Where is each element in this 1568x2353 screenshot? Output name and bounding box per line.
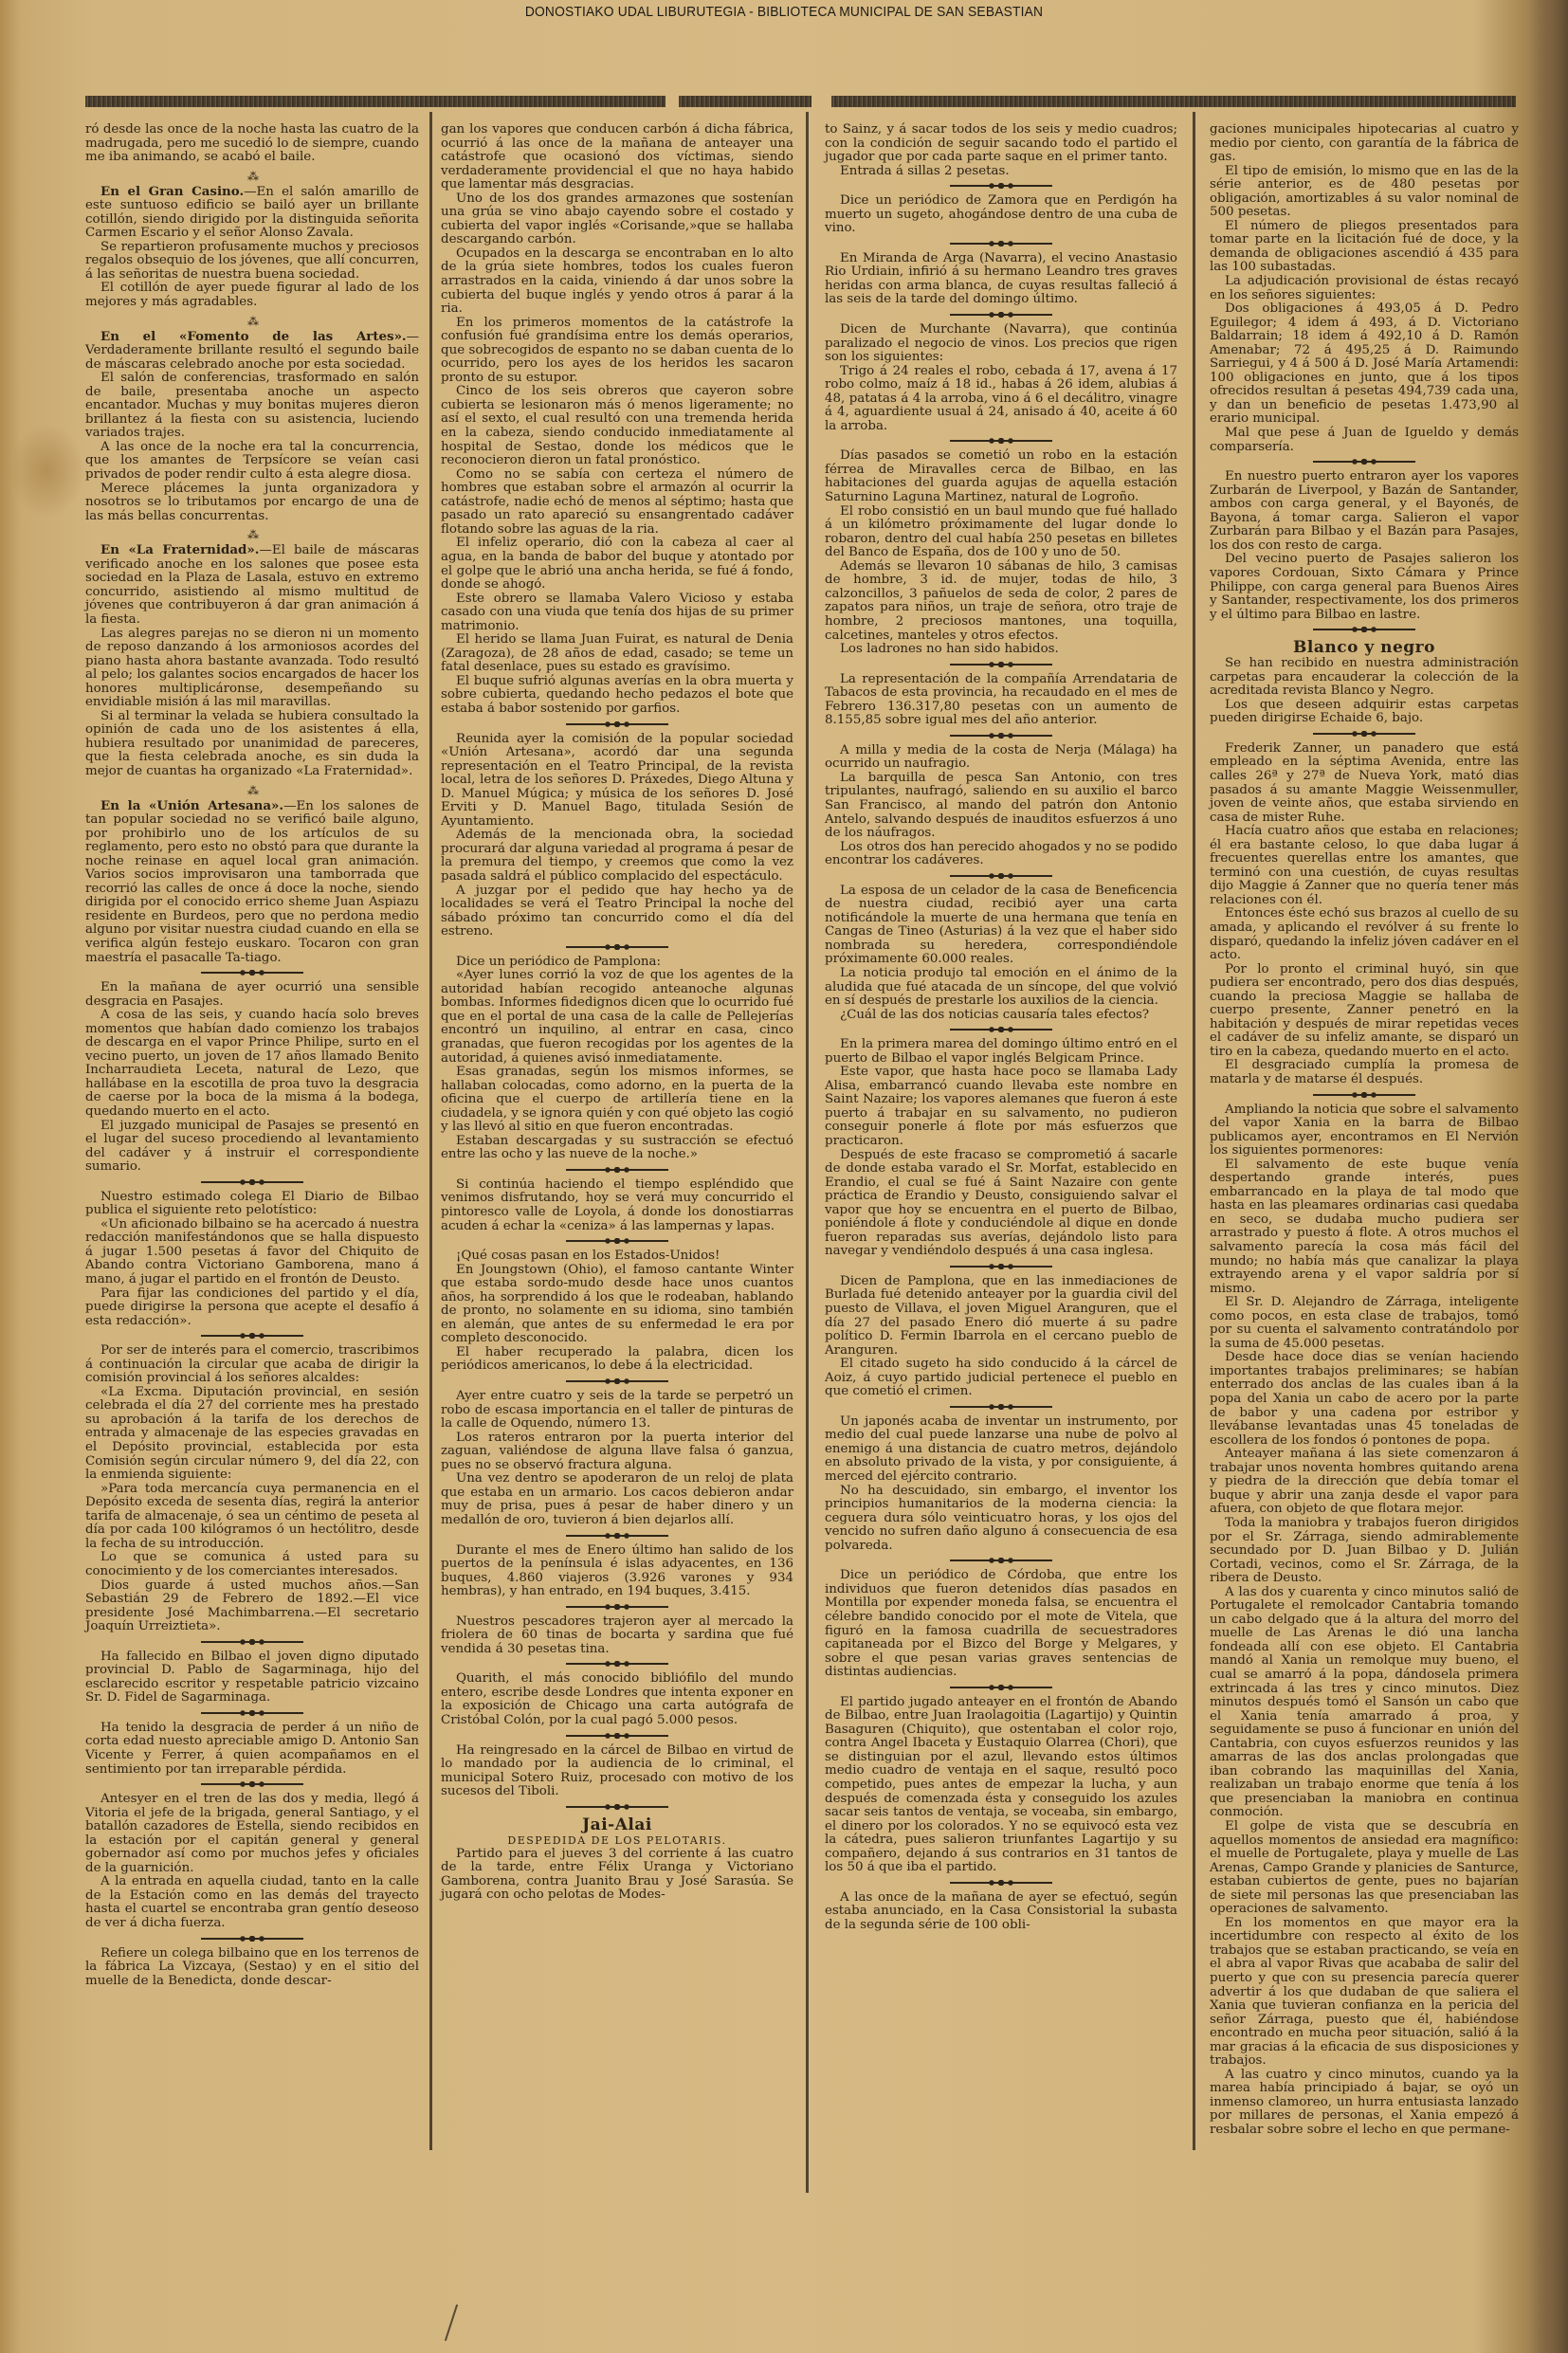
article-text: Para fijar las condiciones del partido y… xyxy=(85,1286,419,1328)
article-text: Este vapor, que hasta hace poco se llama… xyxy=(825,1065,1177,1148)
article-text: gan los vapores que conducen carbón á di… xyxy=(441,122,793,192)
article-paragraph: Hacía cuatro años que estaba en relacion… xyxy=(1210,825,1519,907)
ornament-divider xyxy=(950,662,1052,667)
article-text: Se han recibido en nuestra administració… xyxy=(1210,656,1519,698)
ornament-divider xyxy=(950,733,1052,739)
article-paragraph: En nuestro puerto entraron ayer los vapo… xyxy=(1210,470,1519,553)
article-paragraph: Si continúa haciendo el tiempo espléndid… xyxy=(441,1178,793,1233)
article-text: Dos obligaciones á 493,05 á D. Pedro Egu… xyxy=(1210,301,1519,426)
asterism-divider: ⁂ xyxy=(85,530,419,539)
article-paragraph: El juzgado municipal de Pasajes se prese… xyxy=(85,1120,419,1175)
article-paragraph: En el Gran Casino.—En el salón amarillo … xyxy=(85,185,419,241)
article-text: Cinco de los seis obreros que cayeron so… xyxy=(441,384,793,467)
article-text: En la mañana de ayer ocurrió una sensibl… xyxy=(85,980,419,1009)
article-paragraph: La barquilla de pesca San Antonio, con t… xyxy=(825,772,1177,841)
article-text: Este obrero se llamaba Valero Vicioso y … xyxy=(441,592,793,633)
article-paragraph: Los rateros entraron por la puerta inter… xyxy=(441,1432,793,1473)
article-paragraph: El robo consistió en un baul mundo que f… xyxy=(825,505,1177,560)
article-paragraph: El número de pliegos presentados para to… xyxy=(1210,220,1519,275)
article-text: Del vecino puerto de Pasajes salieron lo… xyxy=(1210,552,1519,621)
article-paragraph: to Sainz, y á sacar todos de los seis y … xyxy=(825,123,1177,165)
article-paragraph: El buque sufrió algunas averías en la ob… xyxy=(441,675,793,717)
article-text: «Ayer lunes corrió la voz de que los age… xyxy=(441,968,793,1065)
article-text: Los otros dos han perecido ahogados y no… xyxy=(825,840,1177,868)
article-text: A las cuatro y cinco minutos, cuando ya … xyxy=(1210,2068,1519,2137)
article-text: Después de este fracaso se comprometió á… xyxy=(825,1148,1177,1259)
article-paragraph: Toda la maniobra y trabajos fueron dirig… xyxy=(1210,1517,1519,1586)
article-paragraph: El infeliz operario, dió con la cabeza a… xyxy=(441,537,793,592)
article-text: Nuestros pescadores trajeron ayer al mer… xyxy=(441,1614,793,1656)
article-paragraph: Estaban descargadas y su sustracción se … xyxy=(441,1135,793,1162)
article-paragraph: Desde hace doce dias se venían haciendo … xyxy=(1210,1351,1519,1448)
article-paragraph: Mal que pese á Juan de Igueldo y demás c… xyxy=(1210,427,1519,454)
ornament-divider xyxy=(566,1604,668,1610)
article-paragraph: Uno de los dos grandes armazones que sos… xyxy=(441,192,793,247)
article-paragraph: gaciones municipales hipotecarias al cua… xyxy=(1210,123,1519,165)
article-text: Además de la mencionada obra, la socieda… xyxy=(441,828,793,884)
top-rule xyxy=(85,96,665,107)
article-paragraph: «La Excma. Diputación provincial, en ses… xyxy=(85,1386,419,1483)
ornament-divider xyxy=(566,1533,668,1539)
library-header: DONOSTIAKO UDAL LIBURUTEGIA - BIBLIOTECA… xyxy=(63,4,1505,20)
article-text: La adjudicación provisional de éstas rec… xyxy=(1210,274,1519,302)
article-text: Uno de los dos grandes armazones que sos… xyxy=(441,192,793,247)
article-paragraph: Durante el mes de Enero último han salid… xyxy=(441,1544,793,1599)
article-text: Dios guarde á usted muchos años.—San Seb… xyxy=(85,1578,419,1634)
article-paragraph: Después de este fracaso se comprometió á… xyxy=(825,1149,1177,1259)
article-paragraph: La esposa de un celador de la casa de Be… xyxy=(825,885,1177,967)
ornament-divider xyxy=(1313,459,1415,465)
article-text: Como no se sabía con certeza el número d… xyxy=(441,467,793,537)
ornament-divider xyxy=(950,312,1052,318)
article-paragraph: En la mañana de ayer ocurrió una sensibl… xyxy=(85,981,419,1009)
article-paragraph: Los ladrones no han sido habidos. xyxy=(825,643,1177,657)
article-paragraph: A milla y media de la costa de Nerja (Má… xyxy=(825,744,1177,772)
article-paragraph: El golpe de vista que se descubría en aq… xyxy=(1210,1820,1519,1917)
article-text: Hacía cuatro años que estaba en relacion… xyxy=(1210,824,1519,907)
article-text: La noticia produjo tal emoción en el áni… xyxy=(825,966,1177,1008)
article-text: El infeliz operario, dió con la cabeza a… xyxy=(441,536,793,592)
article-paragraph: Dios guarde á usted muchos años.—San Seb… xyxy=(85,1579,419,1634)
article-text: Quarith, el más conocido bibliófilo del … xyxy=(441,1671,793,1727)
ornament-divider xyxy=(201,1936,303,1942)
article-text: En Miranda de Arga (Navarra), el vecino … xyxy=(825,251,1177,307)
article-paragraph: Ampliando la noticia que sobre el salvam… xyxy=(1210,1104,1519,1158)
ornament-divider xyxy=(950,1264,1052,1269)
article-paragraph: El herido se llama Juan Fuirat, es natur… xyxy=(441,633,793,675)
article-paragraph: El cotillón de ayer puede figurar al lad… xyxy=(85,282,419,309)
article-paragraph: Dicen de Pamplona, que en las inmediacio… xyxy=(825,1275,1177,1358)
article-paragraph: Ha reingresado en la cárcel de Bilbao en… xyxy=(441,1744,793,1799)
article-paragraph: La representación de la compañía Arrenda… xyxy=(825,673,1177,728)
article-paragraph: Por lo pronto el criminal huyó, sin que … xyxy=(1210,963,1519,1060)
article-paragraph: Esas granadas, según los mismos informes… xyxy=(441,1066,793,1135)
article-lead: En la «Unión Artesana». xyxy=(100,798,283,813)
article-text: Esas granadas, según los mismos informes… xyxy=(441,1065,793,1134)
article-text: A cosa de las seis, y cuando hacía solo … xyxy=(85,1008,419,1119)
column-divider xyxy=(806,112,809,2193)
article-text: En Joungstown (Ohio), el famoso cantante… xyxy=(441,1263,793,1346)
article-text: Ampliando la noticia que sobre el salvam… xyxy=(1210,1103,1519,1158)
article-text: Ha tenido la desgracia de perder á un ni… xyxy=(85,1721,419,1777)
article-paragraph: Si al terminar la velada se hubiera cons… xyxy=(85,710,419,779)
article-lead: En «La Fraternidad». xyxy=(100,542,259,557)
ornament-divider xyxy=(201,1179,303,1185)
article-paragraph: Se han recibido en nuestra administració… xyxy=(1210,657,1519,699)
article-paragraph: Reunida ayer la comisión de la popular s… xyxy=(441,733,793,830)
article-text: El partido jugado anteayer en el frontón… xyxy=(825,1695,1177,1875)
article-paragraph: Merece plácemes la junta organizadora y … xyxy=(85,483,419,524)
article-paragraph: En la «Unión Artesana».—En los salones d… xyxy=(85,799,419,966)
article-text: A la entrada en aquella ciudad, tanto en… xyxy=(85,1874,419,1930)
ornament-divider xyxy=(201,1781,303,1787)
article-paragraph: En Miranda de Arga (Navarra), el vecino … xyxy=(825,252,1177,307)
article-paragraph: Ha fallecido en Bilbao el joven digno di… xyxy=(85,1651,419,1705)
article-text: Los ladrones no han sido habidos. xyxy=(840,642,1059,656)
article-text: Durante el mes de Enero último han salid… xyxy=(441,1543,793,1599)
article-text: La representación de la compañía Arrenda… xyxy=(825,672,1177,728)
article-paragraph: Antesyer en el tren de las dos y media, … xyxy=(85,1793,419,1875)
article-text: to Sainz, y á sacar todos de los seis y … xyxy=(825,122,1177,164)
ornament-divider xyxy=(201,1639,303,1645)
article-paragraph: Del vecino puerto de Pasajes salieron lo… xyxy=(1210,553,1519,622)
article-paragraph: Días pasados se cometió un robo en la es… xyxy=(825,449,1177,504)
article-text: El salvamento de este buque venía desper… xyxy=(1210,1158,1519,1296)
column-1: ró desde las once de la noche hasta las … xyxy=(85,123,419,1988)
article-paragraph: Este obrero se llamaba Valero Vicioso y … xyxy=(441,593,793,634)
ornament-divider xyxy=(950,183,1052,189)
article-text: Frederik Zanner, un panadero que está em… xyxy=(1210,741,1519,825)
article-text: El tipo de emisión, lo mismo que en las … xyxy=(1210,164,1519,220)
article-text: El juzgado municipal de Pasajes se prese… xyxy=(85,1119,419,1175)
article-paragraph: A las cuatro y cinco minutos, cuando ya … xyxy=(1210,2069,1519,2138)
asterism-divider: ⁂ xyxy=(85,317,419,326)
article-text: No ha descuidado, sin embargo, el invent… xyxy=(825,1484,1177,1553)
article-paragraph: La noticia produjo tal emoción en el áni… xyxy=(825,967,1177,1009)
column-3: to Sainz, y á sacar todos de los seis y … xyxy=(825,123,1177,1932)
article-text: La barquilla de pesca San Antonio, con t… xyxy=(825,771,1177,840)
article-paragraph: El haber recuperado la palabra, dicen lo… xyxy=(441,1346,793,1374)
article-text: Si continúa haciendo el tiempo espléndid… xyxy=(441,1177,793,1233)
article-paragraph: Los otros dos han perecido ahogados y no… xyxy=(825,841,1177,868)
article-text: ró desde las once de la noche hasta las … xyxy=(85,122,419,164)
article-text: El herido se llama Juan Fuirat, es natur… xyxy=(441,632,793,674)
article-paragraph: Partido para el jueves 3 del corriente á… xyxy=(441,1848,793,1903)
article-paragraph: Nuestro estimado colega El Diario de Bil… xyxy=(85,1191,419,1218)
article-text: Ha fallecido en Bilbao el joven digno di… xyxy=(85,1650,419,1705)
article-paragraph: «Un aficionado bilbaino se ha acercado á… xyxy=(85,1218,419,1287)
ornament-divider xyxy=(950,873,1052,879)
ornament-divider xyxy=(566,944,668,950)
page-binding-edge xyxy=(1530,0,1568,2353)
pencil-mark xyxy=(445,2305,458,2342)
article-paragraph: Se repartieron profusamente muchos y pre… xyxy=(85,241,419,283)
article-text: El número de pliegos presentados para to… xyxy=(1210,219,1519,275)
article-paragraph: Una vez dentro se apoderaron de un reloj… xyxy=(441,1472,793,1527)
asterism-divider: ⁂ xyxy=(85,786,419,795)
article-text: Por lo pronto el criminal huyó, sin que … xyxy=(1210,962,1519,1059)
article-paragraph: No ha descuidado, sin embargo, el invent… xyxy=(825,1485,1177,1554)
article-text: Una vez dentro se apoderaron de un reloj… xyxy=(441,1471,793,1527)
article-paragraph: Ha tenido la desgracia de perder á un ni… xyxy=(85,1722,419,1777)
article-lead: En el «Fomento de las Artes». xyxy=(100,329,407,344)
article-text: En la primera marea del domingo último e… xyxy=(825,1037,1177,1066)
article-text: ¿Cuál de las dos noticias causaría tales… xyxy=(840,1008,1149,1022)
article-text: Entonces éste echó sus brazos al cuello … xyxy=(1210,906,1519,962)
ornament-divider xyxy=(950,1558,1052,1563)
article-text: Refiere un colega bilbaino que en los te… xyxy=(85,1946,419,1988)
article-text: El desgraciado cumplía la promesa de mat… xyxy=(1210,1058,1519,1086)
article-text: En los momentos en que mayor era la ince… xyxy=(1210,1916,1519,2068)
article-text: Un japonés acaba de inventar un instrume… xyxy=(825,1414,1177,1484)
article-paragraph: La adjudicación provisional de éstas rec… xyxy=(1210,275,1519,302)
article-text: Estaban descargadas y su sustracción se … xyxy=(441,1134,793,1162)
top-rule xyxy=(679,96,811,107)
article-text: Entrada á sillas 2 pesetas. xyxy=(840,164,1010,178)
article-text: Las alegres parejas no se dieron ni un m… xyxy=(85,627,419,710)
top-rule xyxy=(831,96,1516,107)
ornament-divider xyxy=(201,1333,303,1339)
column-divider xyxy=(429,112,432,2150)
article-paragraph: Refiere un colega bilbaino que en los te… xyxy=(85,1947,419,1989)
article-text: Ocupados en la descarga se encontraban e… xyxy=(441,246,793,316)
article-paragraph: El tipo de emisión, lo mismo que en las … xyxy=(1210,165,1519,220)
ornament-divider xyxy=(950,1685,1052,1690)
article-paragraph: El Sr. D. Alejandro de Zárraga, intelige… xyxy=(1210,1296,1519,1351)
article-paragraph: Los que deseen adquirir estas carpetas p… xyxy=(1210,699,1519,726)
article-paragraph: Entrada á sillas 2 pesetas. xyxy=(825,165,1177,179)
article-paragraph: En la primera marea del domingo último e… xyxy=(825,1038,1177,1066)
article-text: Dicen de Pamplona, que en las inmediacio… xyxy=(825,1274,1177,1358)
article-text: Dice un periódico de Pamplona: xyxy=(456,955,661,969)
article-paragraph: »Para toda mercancía cuya permanencia en… xyxy=(85,1483,419,1552)
article-text: «La Excma. Diputación provincial, en ses… xyxy=(85,1385,419,1482)
article-text: Mal que pese á Juan de Igueldo y demás c… xyxy=(1210,426,1519,454)
article-text: El citado sugeto ha sido conducido á la … xyxy=(825,1357,1177,1398)
article-text: Si al terminar la velada se hubiera cons… xyxy=(85,709,419,778)
article-paragraph: En Joungstown (Ohio), el famoso cantante… xyxy=(441,1264,793,1346)
article-paragraph: Dice un periódico de Pamplona: xyxy=(441,956,793,970)
article-paragraph: El salón de conferencias, trasformado en… xyxy=(85,372,419,441)
article-text: El cotillón de ayer puede figurar al lad… xyxy=(85,281,419,309)
article-paragraph: El partido jugado anteayer en el frontón… xyxy=(825,1696,1177,1875)
ornament-divider xyxy=(201,970,303,976)
asterism-divider: ⁂ xyxy=(85,172,419,181)
article-text: Ha reingresado en la cárcel de Bilbao en… xyxy=(441,1743,793,1799)
article-text: Lo que se comunica á usted para su conoc… xyxy=(85,1550,419,1578)
article-text: gaciones municipales hipotecarias al cua… xyxy=(1210,122,1519,164)
article-paragraph: Las alegres parejas no se dieron ni un m… xyxy=(85,628,419,710)
ornament-divider xyxy=(1313,731,1415,737)
ornament-divider xyxy=(566,1378,668,1384)
article-paragraph: Anteayer mañana á las siete comenzaron á… xyxy=(1210,1448,1519,1517)
ornament-divider xyxy=(950,1880,1052,1886)
ornament-divider xyxy=(950,241,1052,246)
article-text: Ayer entre cuatro y seis de la tarde se … xyxy=(441,1389,793,1431)
article-text: Reunida ayer la comisión de la popular s… xyxy=(441,732,793,829)
article-text: Partido para el jueves 3 del corriente á… xyxy=(441,1847,793,1903)
article-paragraph: Además se llevaron 10 sábanas de hilo, 3… xyxy=(825,560,1177,643)
section-subtitle: DESPEDIDA DE LOS PELOTARIS. xyxy=(441,1834,793,1848)
article-text: A las once de la mañana de ayer se efect… xyxy=(825,1890,1177,1932)
article-text: Además se llevaron 10 sábanas de hilo, 3… xyxy=(825,559,1177,643)
article-paragraph: A las once de la noche era tal la concur… xyxy=(85,441,419,483)
article-paragraph: Un japonés acaba de inventar un instrume… xyxy=(825,1415,1177,1485)
article-text: Se repartieron profusamente muchos y pre… xyxy=(85,240,419,282)
article-paragraph: Dice un periódico de Zamora que en Perdi… xyxy=(825,194,1177,236)
ornament-divider xyxy=(566,1167,668,1173)
article-text: Dice un periódico de Córdoba, que entre … xyxy=(825,1568,1177,1679)
article-paragraph: A las once de la mañana de ayer se efect… xyxy=(825,1891,1177,1933)
article-lead: En el Gran Casino. xyxy=(100,184,244,199)
article-text: Los rateros entraron por la puerta inter… xyxy=(441,1431,793,1472)
ornament-divider xyxy=(201,1710,303,1716)
page-edge-stain xyxy=(0,0,21,2353)
article-text: Anteayer mañana á las siete comenzaron á… xyxy=(1210,1447,1519,1516)
article-paragraph: gan los vapores que conducen carbón á di… xyxy=(441,123,793,192)
article-text: El salón de conferencias, trasformado en… xyxy=(85,371,419,440)
article-text: El haber recuperado la palabra, dicen lo… xyxy=(441,1345,793,1374)
article-text: Días pasados se cometió un robo en la es… xyxy=(825,448,1177,504)
ornament-divider xyxy=(1313,627,1415,632)
article-paragraph: Por ser de interés para el comercio, tra… xyxy=(85,1344,419,1386)
article-paragraph: Como no se sabía con certeza el número d… xyxy=(441,468,793,538)
article-text: A las dos y cuarenta y cinco minutos sal… xyxy=(1210,1585,1519,1820)
column-4: gaciones municipales hipotecarias al cua… xyxy=(1210,123,1519,2138)
article-text: La esposa de un celador de la casa de Be… xyxy=(825,884,1177,967)
article-text: Merece plácemes la junta organizadora y … xyxy=(85,482,419,523)
article-paragraph: Dice un periódico de Córdoba, que entre … xyxy=(825,1569,1177,1679)
section-title: Jai-Alai xyxy=(441,1815,793,1834)
article-text: Por ser de interés para el comercio, tra… xyxy=(85,1343,419,1385)
article-paragraph: El salvamento de este buque venía desper… xyxy=(1210,1158,1519,1296)
article-text: Toda la maniobra y trabajos fueron dirig… xyxy=(1210,1516,1519,1585)
article-text: —En los salones de tan popular sociedad … xyxy=(85,799,419,965)
article-paragraph: Ayer entre cuatro y seis de la tarde se … xyxy=(441,1390,793,1432)
article-paragraph: A la entrada en aquella ciudad, tanto en… xyxy=(85,1875,419,1930)
article-text: «Un aficionado bilbaino se ha acercado á… xyxy=(85,1217,419,1286)
article-paragraph: En el «Fomento de las Artes».—Verdaderam… xyxy=(85,330,419,373)
article-paragraph: Para fijar las condiciones del partido y… xyxy=(85,1287,419,1329)
ornament-divider xyxy=(950,438,1052,444)
article-paragraph: ¿Cuál de las dos noticias causaría tales… xyxy=(825,1009,1177,1023)
article-paragraph: Cinco de los seis obreros que cayeron so… xyxy=(441,385,793,467)
article-text: Dicen de Murchante (Navarra), que contin… xyxy=(825,322,1177,364)
article-paragraph: A cosa de las seis, y cuando hacía solo … xyxy=(85,1009,419,1119)
article-paragraph: Lo que se comunica á usted para su conoc… xyxy=(85,1551,419,1578)
ornament-divider xyxy=(566,721,668,727)
article-text: Nuestro estimado colega El Diario de Bil… xyxy=(85,1190,419,1218)
article-text: En nuestro puerto entraron ayer los vapo… xyxy=(1210,469,1519,553)
article-paragraph: El citado sugeto ha sido conducido á la … xyxy=(825,1358,1177,1399)
article-text: El golpe de vista que se descubría en aq… xyxy=(1210,1819,1519,1916)
article-paragraph: Además de la mencionada obra, la socieda… xyxy=(441,829,793,884)
ornament-divider xyxy=(950,1027,1052,1032)
article-text: Desde hace doce dias se venían haciendo … xyxy=(1210,1350,1519,1447)
article-paragraph: Nuestros pescadores trajeron ayer al mer… xyxy=(441,1615,793,1657)
article-paragraph: En los momentos en que mayor era la ince… xyxy=(1210,1917,1519,2069)
article-paragraph: Este vapor, que hasta hace poco se llama… xyxy=(825,1066,1177,1148)
article-paragraph: Trigo á 24 reales el robo, cebada á 17, … xyxy=(825,365,1177,434)
article-text: Trigo á 24 reales el robo, cebada á 17, … xyxy=(825,364,1177,433)
article-paragraph: Dos obligaciones á 493,05 á D. Pedro Egu… xyxy=(1210,302,1519,427)
article-text: En los primeros momentos de la catástrof… xyxy=(441,316,793,385)
article-paragraph: Frederik Zanner, un panadero que está em… xyxy=(1210,742,1519,825)
article-text: Antesyer en el tren de las dos y media, … xyxy=(85,1792,419,1875)
ornament-divider xyxy=(566,1661,668,1667)
article-paragraph: «Ayer lunes corrió la voz de que los age… xyxy=(441,969,793,1066)
article-paragraph: A las dos y cuarenta y cinco minutos sal… xyxy=(1210,1586,1519,1820)
article-text: »Para toda mercancía cuya permanencia en… xyxy=(85,1482,419,1551)
article-paragraph: Dicen de Murchante (Navarra), que contin… xyxy=(825,323,1177,365)
column-divider xyxy=(1193,112,1195,2150)
article-paragraph: A juzgar por el pedido que hay hecho ya … xyxy=(441,885,793,939)
article-text: A las once de la noche era tal la concur… xyxy=(85,440,419,482)
article-text: El buque sufrió algunas averías en la ob… xyxy=(441,674,793,716)
ornament-divider xyxy=(566,1804,668,1810)
article-paragraph: El desgraciado cumplía la promesa de mat… xyxy=(1210,1059,1519,1086)
ornament-divider xyxy=(1313,1092,1415,1098)
article-paragraph: ¡Qué cosas pasan en los Estados-Unidos! xyxy=(441,1249,793,1264)
article-text: El Sr. D. Alejandro de Zárraga, intelige… xyxy=(1210,1295,1519,1351)
article-paragraph: Entonces éste echó sus brazos al cuello … xyxy=(1210,907,1519,962)
article-text: El robo consistió en un baul mundo que f… xyxy=(825,504,1177,560)
column-2: gan los vapores que conducen carbón á di… xyxy=(441,123,793,1903)
article-text: Dice un periódico de Zamora que en Perdi… xyxy=(825,193,1177,235)
article-paragraph: En «La Fraternidad».—El baile de máscara… xyxy=(85,543,419,627)
article-text: Los que deseen adquirir estas carpetas p… xyxy=(1210,698,1519,726)
article-paragraph: En los primeros momentos de la catástrof… xyxy=(441,317,793,386)
article-paragraph: Quarith, el más conocido bibliófilo del … xyxy=(441,1672,793,1727)
ornament-divider xyxy=(566,1733,668,1739)
article-paragraph: ró desde las once de la noche hasta las … xyxy=(85,123,419,165)
article-text: A juzgar por el pedido que hay hecho ya … xyxy=(441,884,793,939)
section-title: Blanco y negro xyxy=(1210,638,1519,657)
article-text: ¡Qué cosas pasan en los Estados-Unidos! xyxy=(456,1249,720,1263)
ornament-divider xyxy=(566,1238,668,1244)
article-paragraph: Ocupados en la descarga se encontraban e… xyxy=(441,247,793,317)
article-text: A milla y media de la costa de Nerja (Má… xyxy=(825,743,1177,772)
ornament-divider xyxy=(950,1404,1052,1410)
